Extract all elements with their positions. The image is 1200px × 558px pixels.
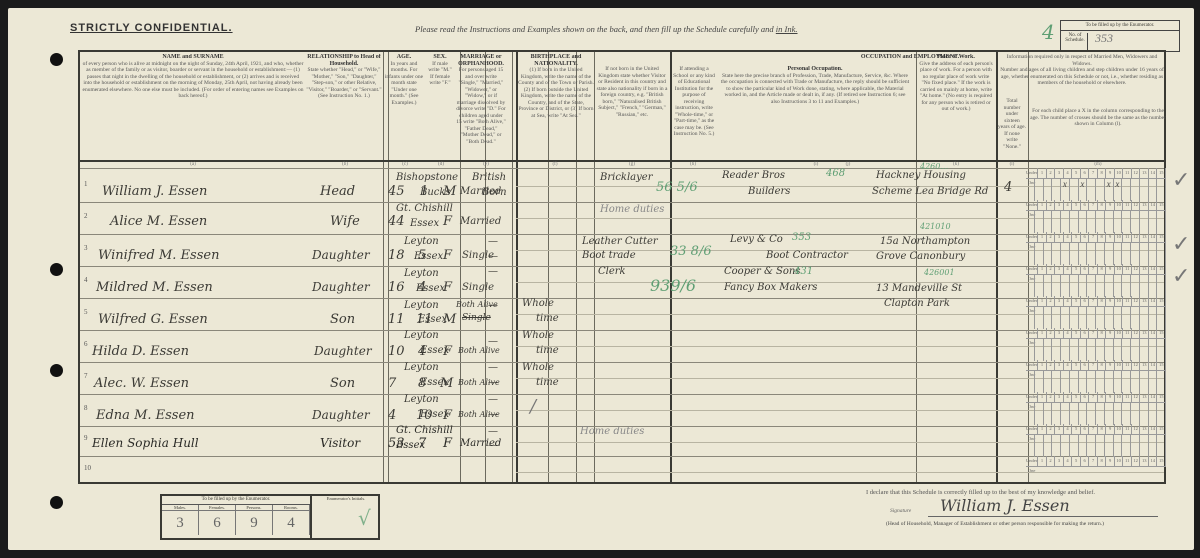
personal-occupation: Clerk — [598, 266, 626, 277]
row-number: 5 — [84, 308, 88, 316]
col-num-f: (f) — [516, 162, 594, 167]
instruction-emphasis: in Ink. — [776, 24, 798, 34]
child-cross-age-9: x — [1105, 179, 1114, 201]
child-cross-age-4: x — [1061, 179, 1070, 201]
education-detail: time — [536, 313, 559, 324]
col-num-a: (a) — [80, 162, 306, 167]
col-head-place-of-work: Place of Work. Give the address of each … — [918, 54, 994, 158]
age-years: 44 — [388, 214, 405, 229]
row-number: 4 — [84, 276, 88, 284]
nationality-detail: — — [488, 440, 498, 451]
birthplace-county: Essex — [414, 251, 443, 262]
children-group-title: Information required only in respect of … — [1007, 54, 1158, 67]
col-desc-birthplace: (1) If born in the United Kingdom, write… — [518, 67, 594, 119]
col-title-name: NAME and SURNAME — [162, 54, 223, 60]
schedule-number: 353 — [1095, 31, 1113, 46]
person-name: Hilda D. Essen — [92, 344, 189, 359]
col-desc-children-total: Total number under sixteen years of age.… — [998, 98, 1026, 150]
col-head-nationality: If not born in the United Kingdom state … — [596, 66, 668, 158]
nationality: British — [472, 172, 506, 183]
children-total: 4 — [1004, 180, 1012, 195]
col-head-age: AGE. In years and months. For infants un… — [384, 54, 424, 158]
col-head-education: If attending a School or any kind of Edu… — [672, 66, 716, 158]
age-years: 4 — [388, 408, 396, 423]
personal-occupation: Home duties — [600, 204, 664, 215]
birthplace-town: Leyton — [404, 394, 439, 405]
signature: William J. Essen — [940, 496, 1070, 515]
header-instruction: Please read the Instructions and Example… — [415, 24, 798, 34]
punch-hole — [50, 263, 63, 276]
employer-name: Reader Bros — [722, 170, 785, 181]
marriage-status: Single — [462, 282, 494, 293]
punch-hole — [50, 364, 63, 377]
persons-count: 9 — [236, 511, 273, 535]
schedule-box-caption: To be filled up by the Enumerator. — [1061, 21, 1179, 31]
birthplace-county: Essex — [418, 314, 447, 325]
row-number: 3 — [84, 244, 88, 252]
males-label: Males. — [162, 505, 199, 510]
relationship: Head — [320, 184, 355, 199]
nationality: — — [488, 426, 498, 437]
birthplace-county: Essex — [420, 377, 449, 388]
education: Whole — [522, 330, 554, 341]
schedule-box-label: No. of Schedule. — [1063, 33, 1088, 50]
employer-name: Cooper & Sons — [724, 266, 801, 277]
row-number: 6 — [84, 340, 88, 348]
employer-code: 468 — [826, 168, 845, 179]
birthplace-county: Bucks — [420, 187, 451, 198]
age-years: 11 — [388, 312, 405, 327]
person-name: Ellen Sophia Hull — [92, 436, 199, 450]
relationship: Son — [330, 312, 355, 327]
birthplace-county: Essex — [420, 409, 449, 420]
place-of-work-code: 426001 — [924, 268, 955, 277]
occupation-code: 939/6 — [650, 276, 696, 295]
birthplace-county: Essex — [420, 345, 449, 356]
place-of-work-line2: Grove Canonbury — [876, 251, 965, 262]
col-desc-name: of every person who is alive at midnight… — [83, 61, 304, 100]
row-number: 2 — [84, 212, 88, 220]
personal-occupation: Bricklayer — [600, 172, 653, 183]
check-mark-icon: ✓ — [1172, 168, 1190, 193]
place-of-work-code: 421010 — [920, 222, 951, 231]
col-num-d: (d) — [426, 162, 456, 167]
col-head-personal-occupation: Personal Occupation. State here the prec… — [720, 66, 910, 158]
marriage-status-struck: Single — [462, 313, 491, 323]
age-years: 10 — [388, 344, 405, 359]
initials-label: Enumerator's Initials. — [327, 496, 366, 501]
col-desc-relationship: State whether "Head," or "Wife," "Mother… — [306, 67, 381, 99]
age-grid-row-10: Under One123456789101112131415 — [1026, 456, 1166, 482]
col-title-birthplace: BIRTHPLACE and NATIONALITY. — [531, 54, 582, 67]
col-desc-place-of-work: Give the address of each person's place … — [919, 61, 992, 113]
relationship: Wife — [330, 214, 360, 229]
col-num-b: (b) — [306, 162, 384, 167]
personal-occupation: Home duties — [580, 426, 644, 437]
col-head-children-group: Information required only in respect of … — [998, 54, 1166, 94]
nationality: — — [488, 236, 498, 247]
education-detail: time — [536, 377, 559, 388]
signature-footer: (Head of Household, Manager of Establish… — [886, 521, 1104, 527]
place-of-work-line2: Clapton Park — [884, 298, 950, 309]
nationality: — — [488, 362, 498, 373]
col-num-m: (m) — [1028, 162, 1168, 167]
age-years: 45 — [388, 184, 405, 199]
nationality-detail: Born — [482, 187, 507, 198]
birthplace-town: Gt. Chishill — [396, 425, 453, 436]
place-of-work-line2: Scheme Lea Bridge Rd — [872, 186, 988, 197]
signature-label: Signature — [890, 508, 911, 514]
person-name: Wilfred G. Essen — [98, 312, 208, 327]
person-name: Winifred M. Essen — [98, 248, 219, 263]
employer-name: Levy & Co — [730, 234, 783, 245]
col-title-relationship: RELATIONSHIP to Head of Household. — [307, 54, 380, 67]
col-head-children-total: Total number under sixteen years of age.… — [998, 98, 1026, 158]
relationship: Daughter — [312, 280, 370, 294]
margin-number: 4 — [1042, 20, 1055, 44]
place-of-work-line1: Hackney Housing — [876, 170, 966, 181]
schedule-number-box: To be filled up by the Enumerator. No. o… — [1060, 20, 1180, 52]
person-name: Alice M. Essen — [110, 214, 207, 229]
col-title-personal-occupation: Personal Occupation. — [788, 66, 843, 72]
check-mark-icon: ✓ — [1172, 264, 1190, 289]
marriage-status: Married — [460, 216, 501, 227]
marriage-status: Both Alive — [458, 346, 500, 355]
birthplace-town: Leyton — [404, 268, 439, 279]
col-desc-marriage: For persons aged 15 and over write "Sing… — [456, 67, 505, 145]
place-of-work-code: 4260… — [920, 162, 948, 171]
instruction-text: Please read the Instructions and Example… — [415, 24, 774, 34]
occupation-code: 56 5/6 — [656, 180, 698, 195]
col-desc-age: In years and months. For infants under o… — [385, 61, 423, 106]
col-num-l: (l) — [996, 162, 1028, 167]
birthplace-county: Essex — [416, 283, 445, 294]
employer-business: Builders — [748, 186, 790, 197]
education-detail: time — [536, 345, 559, 356]
nationality-detail: — — [488, 377, 498, 388]
punch-hole — [50, 53, 63, 66]
employer-business: Boot Contractor — [766, 250, 848, 261]
person-name: Mildred M. Essen — [96, 280, 213, 295]
col-desc-personal-occupation: State here the precise branch of Profess… — [721, 73, 909, 105]
nationality: — — [488, 300, 498, 311]
col-head-birthplace: BIRTHPLACE and NATIONALITY. (1) If born … — [518, 54, 594, 158]
rooms-count: 4 — [273, 511, 310, 535]
enumerator-box: To be filled up by the Enumerator. Males… — [160, 494, 380, 540]
education: / — [530, 396, 536, 417]
col-num-e: (e) — [456, 162, 516, 167]
nationality: — — [488, 394, 498, 405]
nationality: — — [488, 266, 498, 277]
col-num-h: (h) — [670, 162, 716, 167]
birthplace-town: Leyton — [404, 362, 439, 373]
rooms-label: Rooms. — [273, 505, 310, 510]
person-name: William J. Essen — [102, 184, 207, 199]
declaration-text: I declare that this Schedule is correctl… — [866, 489, 1095, 496]
col-head-name: NAME and SURNAME of every person who is … — [82, 54, 304, 158]
employer-business: Fancy Box Makers — [724, 282, 817, 293]
col-desc-children-cross: For each child place a X in the column c… — [1030, 108, 1166, 127]
enumerator-box-caption: To be filled up by the Enumerator. — [162, 496, 310, 505]
birthplace-town: Leyton — [404, 300, 439, 311]
persons-label: Persons. — [236, 505, 273, 510]
person-name: Alec. W. Essen — [94, 376, 189, 391]
personal-occupation-detail: Boot trade — [582, 250, 636, 261]
place-of-work-line1: 15a Northampton — [880, 236, 970, 247]
birthplace-town: Leyton — [404, 330, 439, 341]
row-number: 8 — [84, 404, 88, 412]
children-group-desc: Number and ages of all living children a… — [1000, 67, 1164, 86]
education: Whole — [522, 298, 554, 309]
females-count: 6 — [199, 511, 236, 535]
birthplace-town: Bishopstone — [396, 172, 458, 183]
employer-code: 431 — [794, 266, 813, 277]
sex: F — [443, 214, 452, 229]
check-mark-icon: ✓ — [1172, 232, 1190, 257]
person-name: Edna M. Essen — [96, 408, 195, 423]
col-num-j: (j) — [780, 162, 916, 167]
row-number: 10 — [84, 464, 91, 472]
personal-occupation: Leather Cutter — [582, 236, 658, 247]
females-label: Females. — [199, 505, 236, 510]
nationality-detail: — — [488, 251, 498, 262]
row-number: 1 — [84, 180, 88, 188]
child-cross-age-10: x — [1114, 179, 1123, 201]
col-num-c: (c) — [384, 162, 426, 167]
occupation-code: 33 8/6 — [670, 244, 712, 259]
col-desc-education: If attending a School or any kind of Edu… — [673, 66, 715, 137]
col-num-g: (g) — [594, 162, 670, 167]
col-desc-sex: If male write "M." If female write "F." — [428, 61, 451, 87]
page-title: STRICTLY CONFIDENTIAL. — [70, 22, 233, 34]
age-years: 16 — [388, 280, 405, 295]
col-title-marriage: MARRIAGE or ORPHANHOOD. — [458, 54, 504, 67]
birthplace-county: Essex — [396, 440, 425, 451]
relationship: Visitor — [320, 436, 360, 450]
birthplace-town: Leyton — [404, 236, 439, 247]
education: Whole — [522, 362, 554, 373]
birthplace-town: Gt. Chishill — [396, 203, 453, 214]
row-number: 7 — [84, 372, 88, 380]
child-cross-age-6: x — [1079, 179, 1088, 201]
age-years: 7 — [388, 376, 396, 391]
row-number: 9 — [84, 434, 88, 442]
sex: F — [443, 248, 452, 263]
males-count: 3 — [162, 511, 199, 535]
punch-hole — [50, 496, 63, 509]
check-mark-icon: √ — [358, 506, 371, 530]
relationship: Daughter — [314, 344, 372, 358]
relationship: Daughter — [312, 248, 370, 262]
sex: F — [443, 436, 452, 451]
col-title-sex: SEX. — [433, 54, 446, 60]
col-head-relationship: RELATIONSHIP to Head of Household. State… — [306, 54, 382, 158]
relationship: Daughter — [312, 408, 370, 422]
col-title-place-of-work: Place of Work. — [937, 54, 975, 60]
relationship: Son — [330, 376, 355, 391]
col-head-sex: SEX. If male write "M." If female write … — [426, 54, 454, 158]
nationality: — — [488, 336, 498, 347]
col-head-children-cross: For each child place a X in the column c… — [1030, 108, 1166, 158]
age-years: 18 — [388, 248, 405, 263]
place-of-work-line1: 13 Mandeville St — [876, 283, 962, 294]
col-title-age: AGE. — [397, 54, 412, 60]
employer-code: 353 — [792, 232, 811, 243]
col-head-marriage: MARRIAGE or ORPHANHOOD. For persons aged… — [456, 54, 506, 158]
nationality-detail: — — [488, 409, 498, 420]
birthplace-county: Essex — [410, 218, 439, 229]
col-desc-nationality: If not born in the United Kingdom state … — [597, 66, 668, 118]
